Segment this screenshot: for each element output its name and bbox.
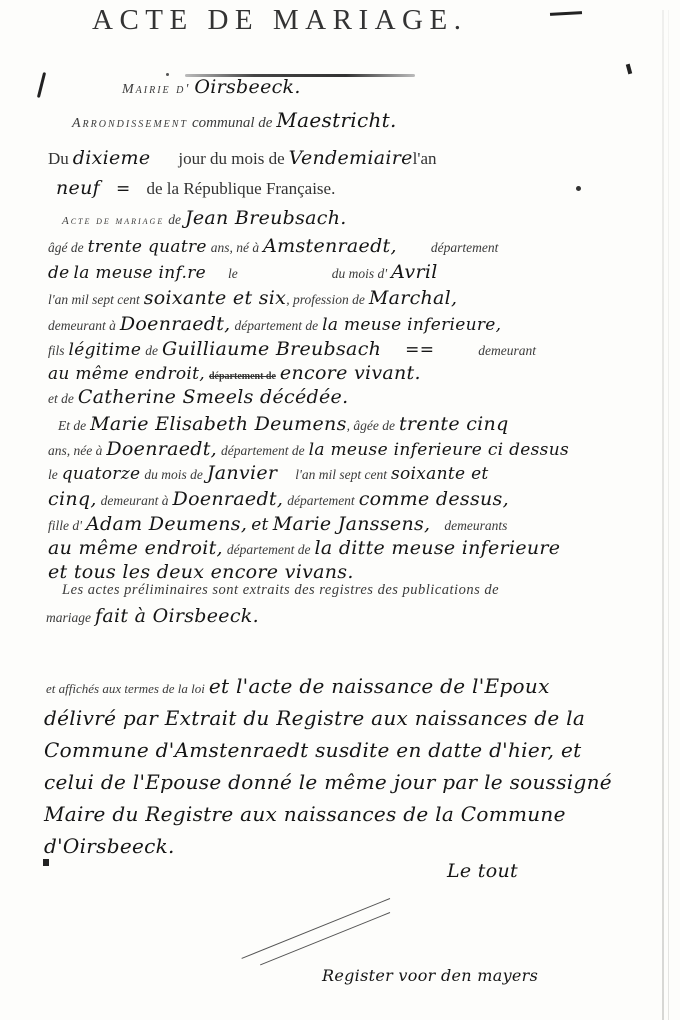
groom-residence-dept: la meuse inferieure, <box>322 315 501 335</box>
publication-place: fait à Oirsbeeck. <box>95 605 259 627</box>
groom-mother-line: et de Catherine Smeels décédée. <box>48 386 348 408</box>
le-tout-signature: Le tout <box>447 860 518 882</box>
bride-date-line: le quatorze du mois de Janvier l'an mil … <box>48 462 489 484</box>
bride-parents-status-line: et tous les deux encore vivans. <box>48 561 354 583</box>
bride-parents-place-line: au même endroit, département de la ditte… <box>48 537 560 559</box>
preliminaries-mariage-line: mariage fait à Oirsbeeck. <box>46 605 259 627</box>
bride-mother-name: Marie Janssens, <box>273 513 431 535</box>
affichage-line-5: Maire du Registre aux naissances de la C… <box>44 802 566 826</box>
bride-birth-month: Janvier <box>207 462 277 484</box>
arrondissement-label: Arrondissement <box>72 116 188 131</box>
affichage-line-2: délivré par Extrait du Registre aux nais… <box>44 706 585 730</box>
page-edge <box>668 10 669 1020</box>
bride-parents-place: au même endroit, <box>48 537 223 559</box>
bride-parents-line: fille d' Adam Deumens, et Marie Janssens… <box>48 513 507 535</box>
margin-mark <box>626 64 632 75</box>
groom-mother-name: Catherine Smeels décédée. <box>78 386 349 408</box>
bride-birthplace: Doenraedt, <box>106 438 217 460</box>
arrondissement-line: Arrondissement communal de Maestricht. <box>72 108 397 132</box>
flourish-stroke <box>241 898 390 959</box>
bride-father-name: Adam Deumens, <box>86 513 247 535</box>
groom-birth-month: Avril <box>391 261 437 283</box>
affichage-line-6: d'Oirsbeeck. <box>44 834 175 858</box>
bride-birth-year-b: cinq, <box>48 488 97 510</box>
date-year: neuf <box>56 177 100 199</box>
groom-father-name: Guilliaume Breubsach <box>162 338 381 360</box>
groom-dept-line: de la meuse inf.re le du mois d' Avril <box>48 261 438 283</box>
bride-birth-line: ans, née à Doenraedt, département de la … <box>48 438 569 460</box>
bride-birth-year-a: soixante et <box>391 464 489 484</box>
bride-residence-line: cinq, demeurant à Doenraedt, département… <box>48 488 509 510</box>
margin-mark <box>576 186 581 191</box>
affichage-line-3: Commune d'Amstenraedt susdite en datte d… <box>44 738 581 762</box>
mairie-line: Mairie d' Oirsbeeck. <box>122 76 301 98</box>
page-edge <box>662 10 664 1020</box>
date-day: dixieme <box>73 147 151 169</box>
preliminaries-text: Les actes préliminaires sont extraits de… <box>62 582 499 599</box>
bride-residence: Doenraedt, <box>173 488 284 510</box>
bride-name: Marie Elisabeth Deumens <box>90 413 347 435</box>
groom-age: trente quatre <box>88 237 207 257</box>
groom-birthplace: Amstenraedt, <box>263 235 397 257</box>
groom-father-residence-line: au même endroit, département de encore v… <box>48 362 421 384</box>
date-line: Du dixieme jour du mois de Vendemiairel'… <box>48 147 437 169</box>
bride-age: trente cinq <box>399 413 509 435</box>
groom-filiation: légitime <box>69 340 142 360</box>
groom-age-line: âgé de trente quatre ans, né à Amstenrae… <box>48 235 498 257</box>
bride-parents-status: et tous les deux encore vivans. <box>48 561 354 583</box>
groom-father-status: encore vivant. <box>280 362 421 384</box>
year-line: neuf = de la République Française. <box>56 177 335 199</box>
groom-father-line: fils légitime de Guilliaume Breubsach ==… <box>48 338 536 360</box>
mairie-value: Oirsbeeck. <box>194 76 300 98</box>
marriage-certificate-page: ACTE DE MARIAGE. Mairie d' Oirsbeeck. Ar… <box>0 0 680 1020</box>
groom-residence: Doenraedt, <box>120 313 231 335</box>
bride-parents-dept: la ditte meuse inferieure <box>315 537 561 559</box>
groom-name: Jean Breubsach. <box>185 207 347 229</box>
ink-blot <box>43 859 49 866</box>
bride-residence-dept: comme dessus, <box>359 488 509 510</box>
mairie-label: Mairie d' <box>122 82 190 97</box>
struck-text: département de <box>209 371 276 382</box>
groom-birth-dept: la meuse inf.re <box>74 263 206 283</box>
groom-father-place: au même endroit, <box>48 364 205 384</box>
margin-slash-mark <box>37 72 46 98</box>
groom-act-line: Acte de mariage de Jean Breubsach. <box>62 207 347 229</box>
groom-birth-year: soixante et six <box>144 287 286 309</box>
bride-birth-dept: la meuse inferieure ci dessus <box>309 440 569 460</box>
document-title: ACTE DE MARIAGE. <box>92 4 467 37</box>
groom-profession: Marchal, <box>369 287 458 309</box>
bride-name-line: Et de Marie Elisabeth Deumens, âgée de t… <box>58 413 509 435</box>
groom-residence-line: demeurant à Doenraedt, département de la… <box>48 313 501 335</box>
affichage-line-1: et affichés aux termes de la loi et l'ac… <box>46 674 550 698</box>
flourish-stroke <box>260 912 390 965</box>
register-note: Register voor den mayers <box>322 966 538 985</box>
affichage-line-4: celui de l'Epouse donné le même jour par… <box>44 770 612 794</box>
date-month: Vendemiaire <box>289 147 413 169</box>
arrondissement-value: Maestricht. <box>276 108 396 132</box>
margin-mark <box>550 11 582 16</box>
groom-year-line: l'an mil sept cent soixante et six, prof… <box>48 287 457 309</box>
bride-birth-day: quatorze <box>62 464 141 484</box>
